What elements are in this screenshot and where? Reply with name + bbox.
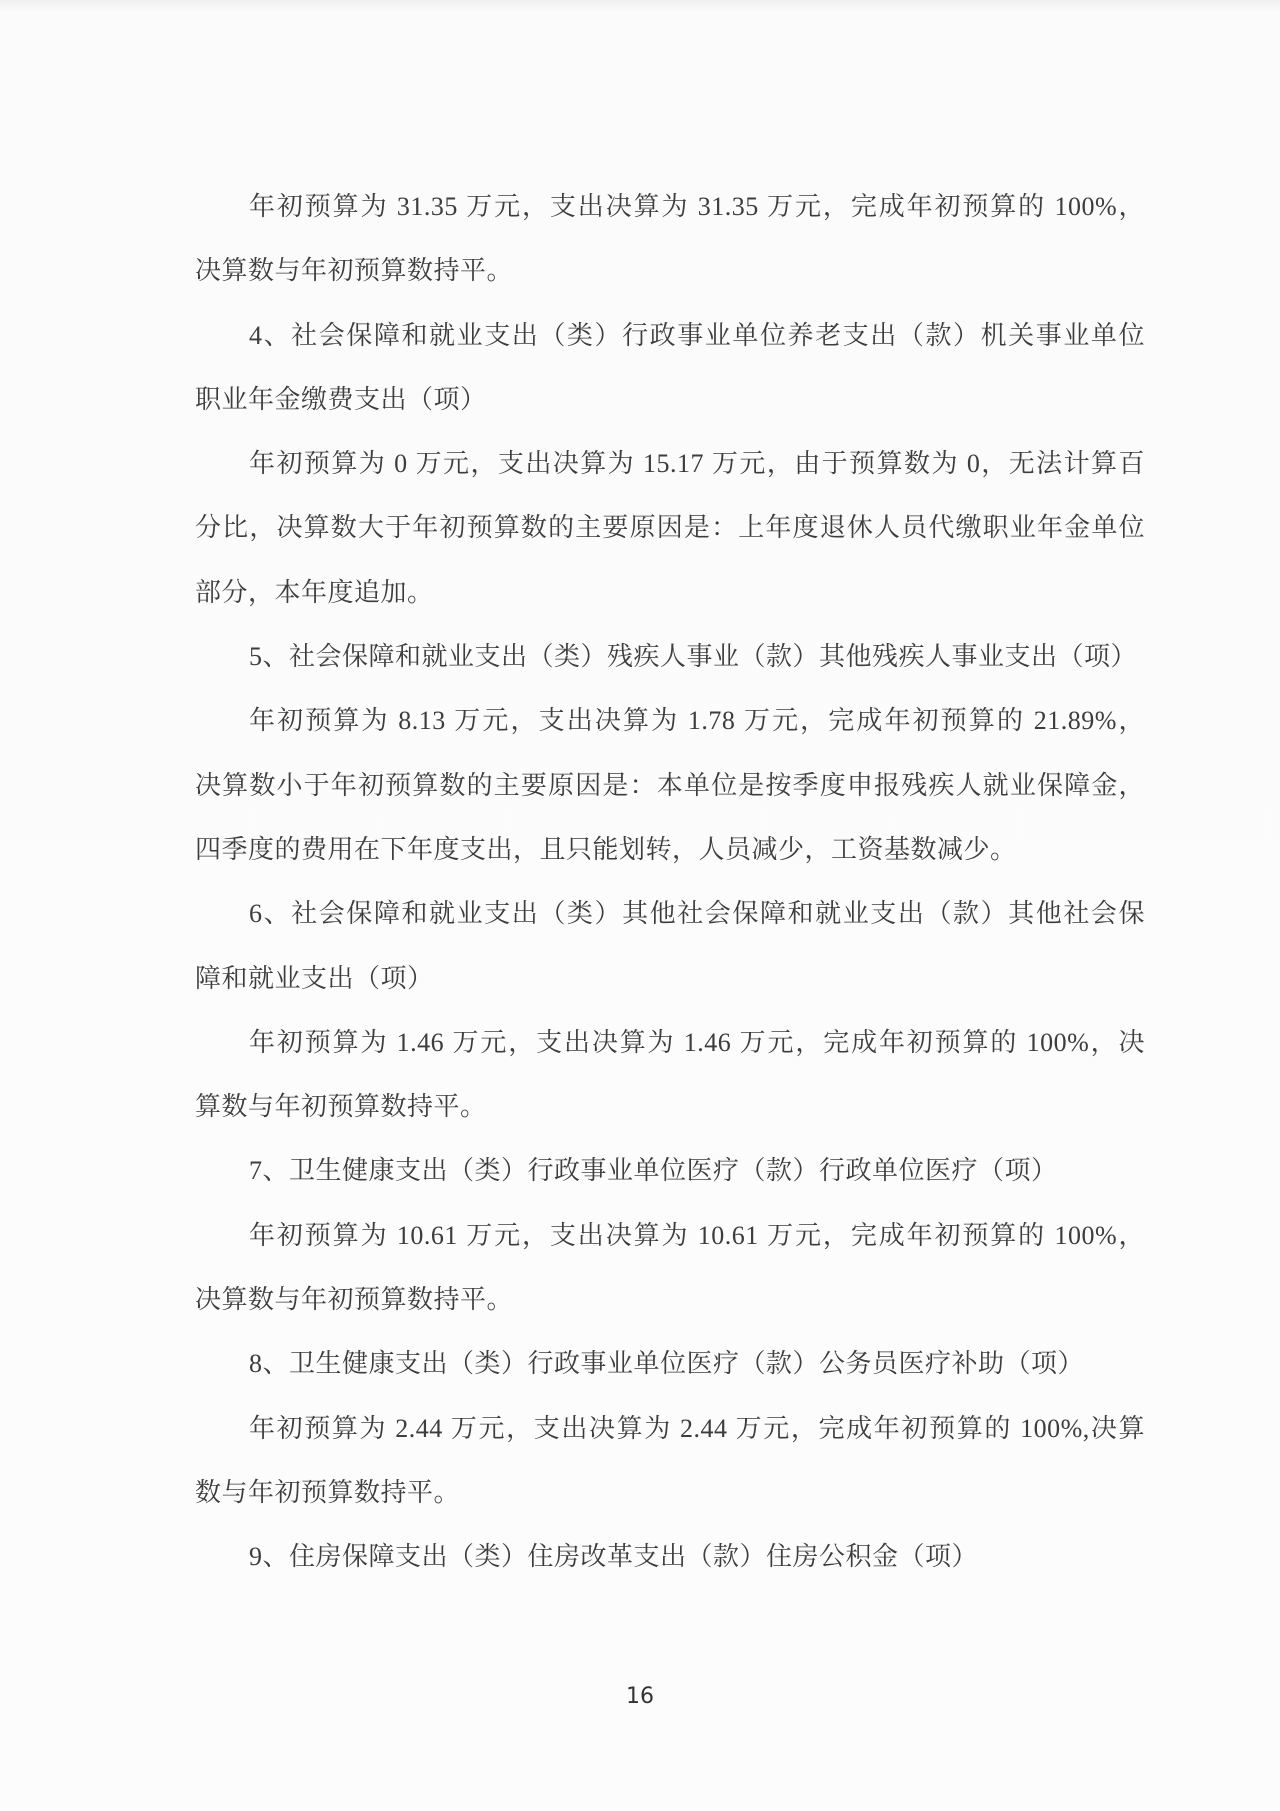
text-line: 职业年金缴费支出（项） (195, 368, 1145, 432)
text-line: 9、住房保障支出（类）住房改革支出（款）住房公积金（项） (195, 1525, 1145, 1589)
text-line: 四季度的费用在下年度支出，且只能划转，人员减少，工资基数减少。 (195, 818, 1145, 882)
document-body: 年初预算为 31.35 万元，支出决算为 31.35 万元，完成年初预算的 10… (195, 175, 1145, 1590)
text-line: 障和就业支出（项） (195, 947, 1145, 1011)
page-number: 16 (0, 1682, 1280, 1712)
text-line: 4、社会保障和就业支出（类）行政事业单位养老支出（款）机关事业单位 (195, 304, 1145, 368)
text-line: 数与年初预算数持平。 (195, 1461, 1145, 1525)
text-line: 决算数与年初预算数持平。 (195, 1268, 1145, 1332)
text-line: 部分，本年度追加。 (195, 561, 1145, 625)
text-line: 决算数与年初预算数持平。 (195, 239, 1145, 303)
text-line: 年初预算为 31.35 万元，支出决算为 31.35 万元，完成年初预算的 10… (195, 175, 1145, 239)
document-page: 年初预算为 31.35 万元，支出决算为 31.35 万元，完成年初预算的 10… (0, 0, 1280, 1811)
text-line: 年初预算为 1.46 万元，支出决算为 1.46 万元，完成年初预算的 100%… (195, 1011, 1145, 1075)
text-line: 5、社会保障和就业支出（类）残疾人事业（款）其他残疾人事业支出（项） (195, 625, 1145, 689)
text-line: 年初预算为 8.13 万元，支出决算为 1.78 万元，完成年初预算的 21.8… (195, 689, 1145, 753)
text-line: 决算数小于年初预算数的主要原因是：本单位是按季度申报残疾人就业保障金， (195, 754, 1145, 818)
text-line: 分比，决算数大于年初预算数的主要原因是：上年度退休人员代缴职业年金单位 (195, 496, 1145, 560)
text-line: 年初预算为 10.61 万元，支出决算为 10.61 万元，完成年初预算的 10… (195, 1204, 1145, 1268)
text-line: 7、卫生健康支出（类）行政事业单位医疗（款）行政单位医疗（项） (195, 1139, 1145, 1203)
text-line: 算数与年初预算数持平。 (195, 1075, 1145, 1139)
text-line: 6、社会保障和就业支出（类）其他社会保障和就业支出（款）其他社会保 (195, 882, 1145, 946)
text-line: 8、卫生健康支出（类）行政事业单位医疗（款）公务员医疗补助（项） (195, 1332, 1145, 1396)
text-line: 年初预算为 0 万元，支出决算为 15.17 万元，由于预算数为 0，无法计算百 (195, 432, 1145, 496)
text-line: 年初预算为 2.44 万元，支出决算为 2.44 万元，完成年初预算的 100%… (195, 1397, 1145, 1461)
